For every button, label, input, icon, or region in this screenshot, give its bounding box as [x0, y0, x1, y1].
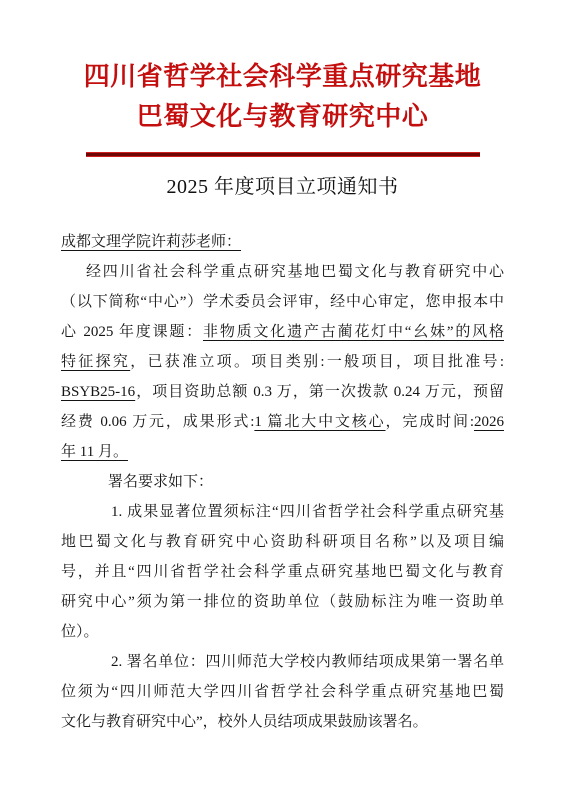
text-run: 研究中心”须为第一排位的资助单位（鼓励标注为唯一资助单 [61, 594, 504, 610]
body-line: 1. 成果显著位置须标注“四川省哲学社会科学重点研究基 [61, 497, 504, 527]
body-line: 号，并且“四川省哲学社会科学重点研究基地巴蜀文化与教育 [61, 557, 504, 587]
text-run: 2. 署名单位：四川师范大学校内教师结项成果第一署名单 [111, 654, 504, 670]
notice-title: 2025 年度项目立项通知书 [61, 173, 504, 201]
text-run: 心 2025 年度课题： [61, 324, 203, 340]
body-line: 经四川省社会科学重点研究基地巴蜀文化与教育研究中心 [61, 257, 504, 287]
text-run: 位须为“四川师范大学四川省哲学社会科学重点研究基地巴蜀 [61, 684, 504, 700]
text-run: 号，并且“四川省哲学社会科学重点研究基地巴蜀文化与教育 [61, 564, 504, 580]
body-line: 特征探究，已获准立项。项目类别:一般项目，项目批准号: [61, 347, 504, 377]
text-run: ，项目资助总额 0.3 万，第一次拨款 0.24 万元，预留 [135, 384, 504, 400]
body-line: （以下简称“中心”）学术委员会评审，经中心审定，您申报本中 [61, 287, 504, 317]
body-line: 心 2025 年度课题：非物质文化遗产古蔺花灯中“幺妹”的风格 [61, 317, 504, 347]
underlined-text-run: 1 篇北大中文核心 [254, 414, 385, 430]
body-line: 位）。 [61, 617, 504, 647]
body-line: 地巴蜀文化与教育研究中心资助科研项目名称”以及项目编 [61, 527, 504, 557]
text-run: 地巴蜀文化与教育研究中心资助科研项目名称”以及项目编 [61, 534, 504, 550]
body-line: 2. 署名单位：四川师范大学校内教师结项成果第一署名单 [61, 647, 504, 677]
text-run: 位）。 [61, 624, 99, 640]
text-run: ，已获准立项。项目类别:一般项目，项目批准号: [130, 354, 504, 370]
body-line: BSYB25-16，项目资助总额 0.3 万，第一次拨款 0.24 万元，预留 [61, 377, 504, 407]
text-run: 经费 0.06 万元，成果形式: [61, 414, 254, 430]
underlined-text-run: BSYB25-16 [61, 384, 135, 400]
text-run: （以下简称“中心”）学术委员会评审，经中心审定，您申报本中 [61, 294, 504, 310]
body-line: 位须为“四川师范大学四川省哲学社会科学重点研究基地巴蜀 [61, 677, 504, 707]
org-title-line1: 四川省哲学社会科学重点研究基地 [61, 57, 504, 97]
document-page: 四川省哲学社会科学重点研究基地 巴蜀文化与教育研究中心 2025 年度项目立项通… [0, 0, 566, 806]
body-line: 文化与教育研究中心”，校外人员结项成果鼓励该署名。 [61, 707, 504, 737]
underlined-text-run: 特征探究 [61, 354, 130, 370]
underlined-text-run: 成都文理学院许莉莎老师： [61, 234, 241, 250]
body-line: 成都文理学院许莉莎老师： [61, 227, 504, 257]
underlined-text-run: 2026 [474, 414, 504, 430]
header-divider-rule [86, 152, 480, 157]
text-run: 署名要求如下： [108, 474, 213, 490]
org-title-line2: 巴蜀文化与教育研究中心 [61, 97, 504, 137]
text-run: 经四川省社会科学重点研究基地巴蜀文化与教育研究中心 [86, 264, 504, 280]
text-run: 文化与教育研究中心”，校外人员结项成果鼓励该署名。 [61, 714, 428, 730]
body-line: 研究中心”须为第一排位的资助单位（鼓励标注为唯一资助单 [61, 587, 504, 617]
document-header: 四川省哲学社会科学重点研究基地 巴蜀文化与教育研究中心 2025 年度项目立项通… [61, 57, 504, 201]
text-run: 1. 成果显著位置须标注“四川省哲学社会科学重点研究基 [111, 504, 504, 520]
body-line: 年 11 月。 [61, 437, 504, 467]
underlined-text-run: 年 11 月。 [61, 444, 128, 460]
document-body: 成都文理学院许莉莎老师：经四川省社会科学重点研究基地巴蜀文化与教育研究中心（以下… [61, 227, 504, 737]
body-line: 署名要求如下： [61, 467, 504, 497]
body-line: 经费 0.06 万元，成果形式:1 篇北大中文核心，完成时间:2026 [61, 407, 504, 437]
underlined-text-run: 非物质文化遗产古蔺花灯中“幺妹”的风格 [203, 324, 504, 340]
text-run: ，完成时间: [386, 414, 474, 430]
